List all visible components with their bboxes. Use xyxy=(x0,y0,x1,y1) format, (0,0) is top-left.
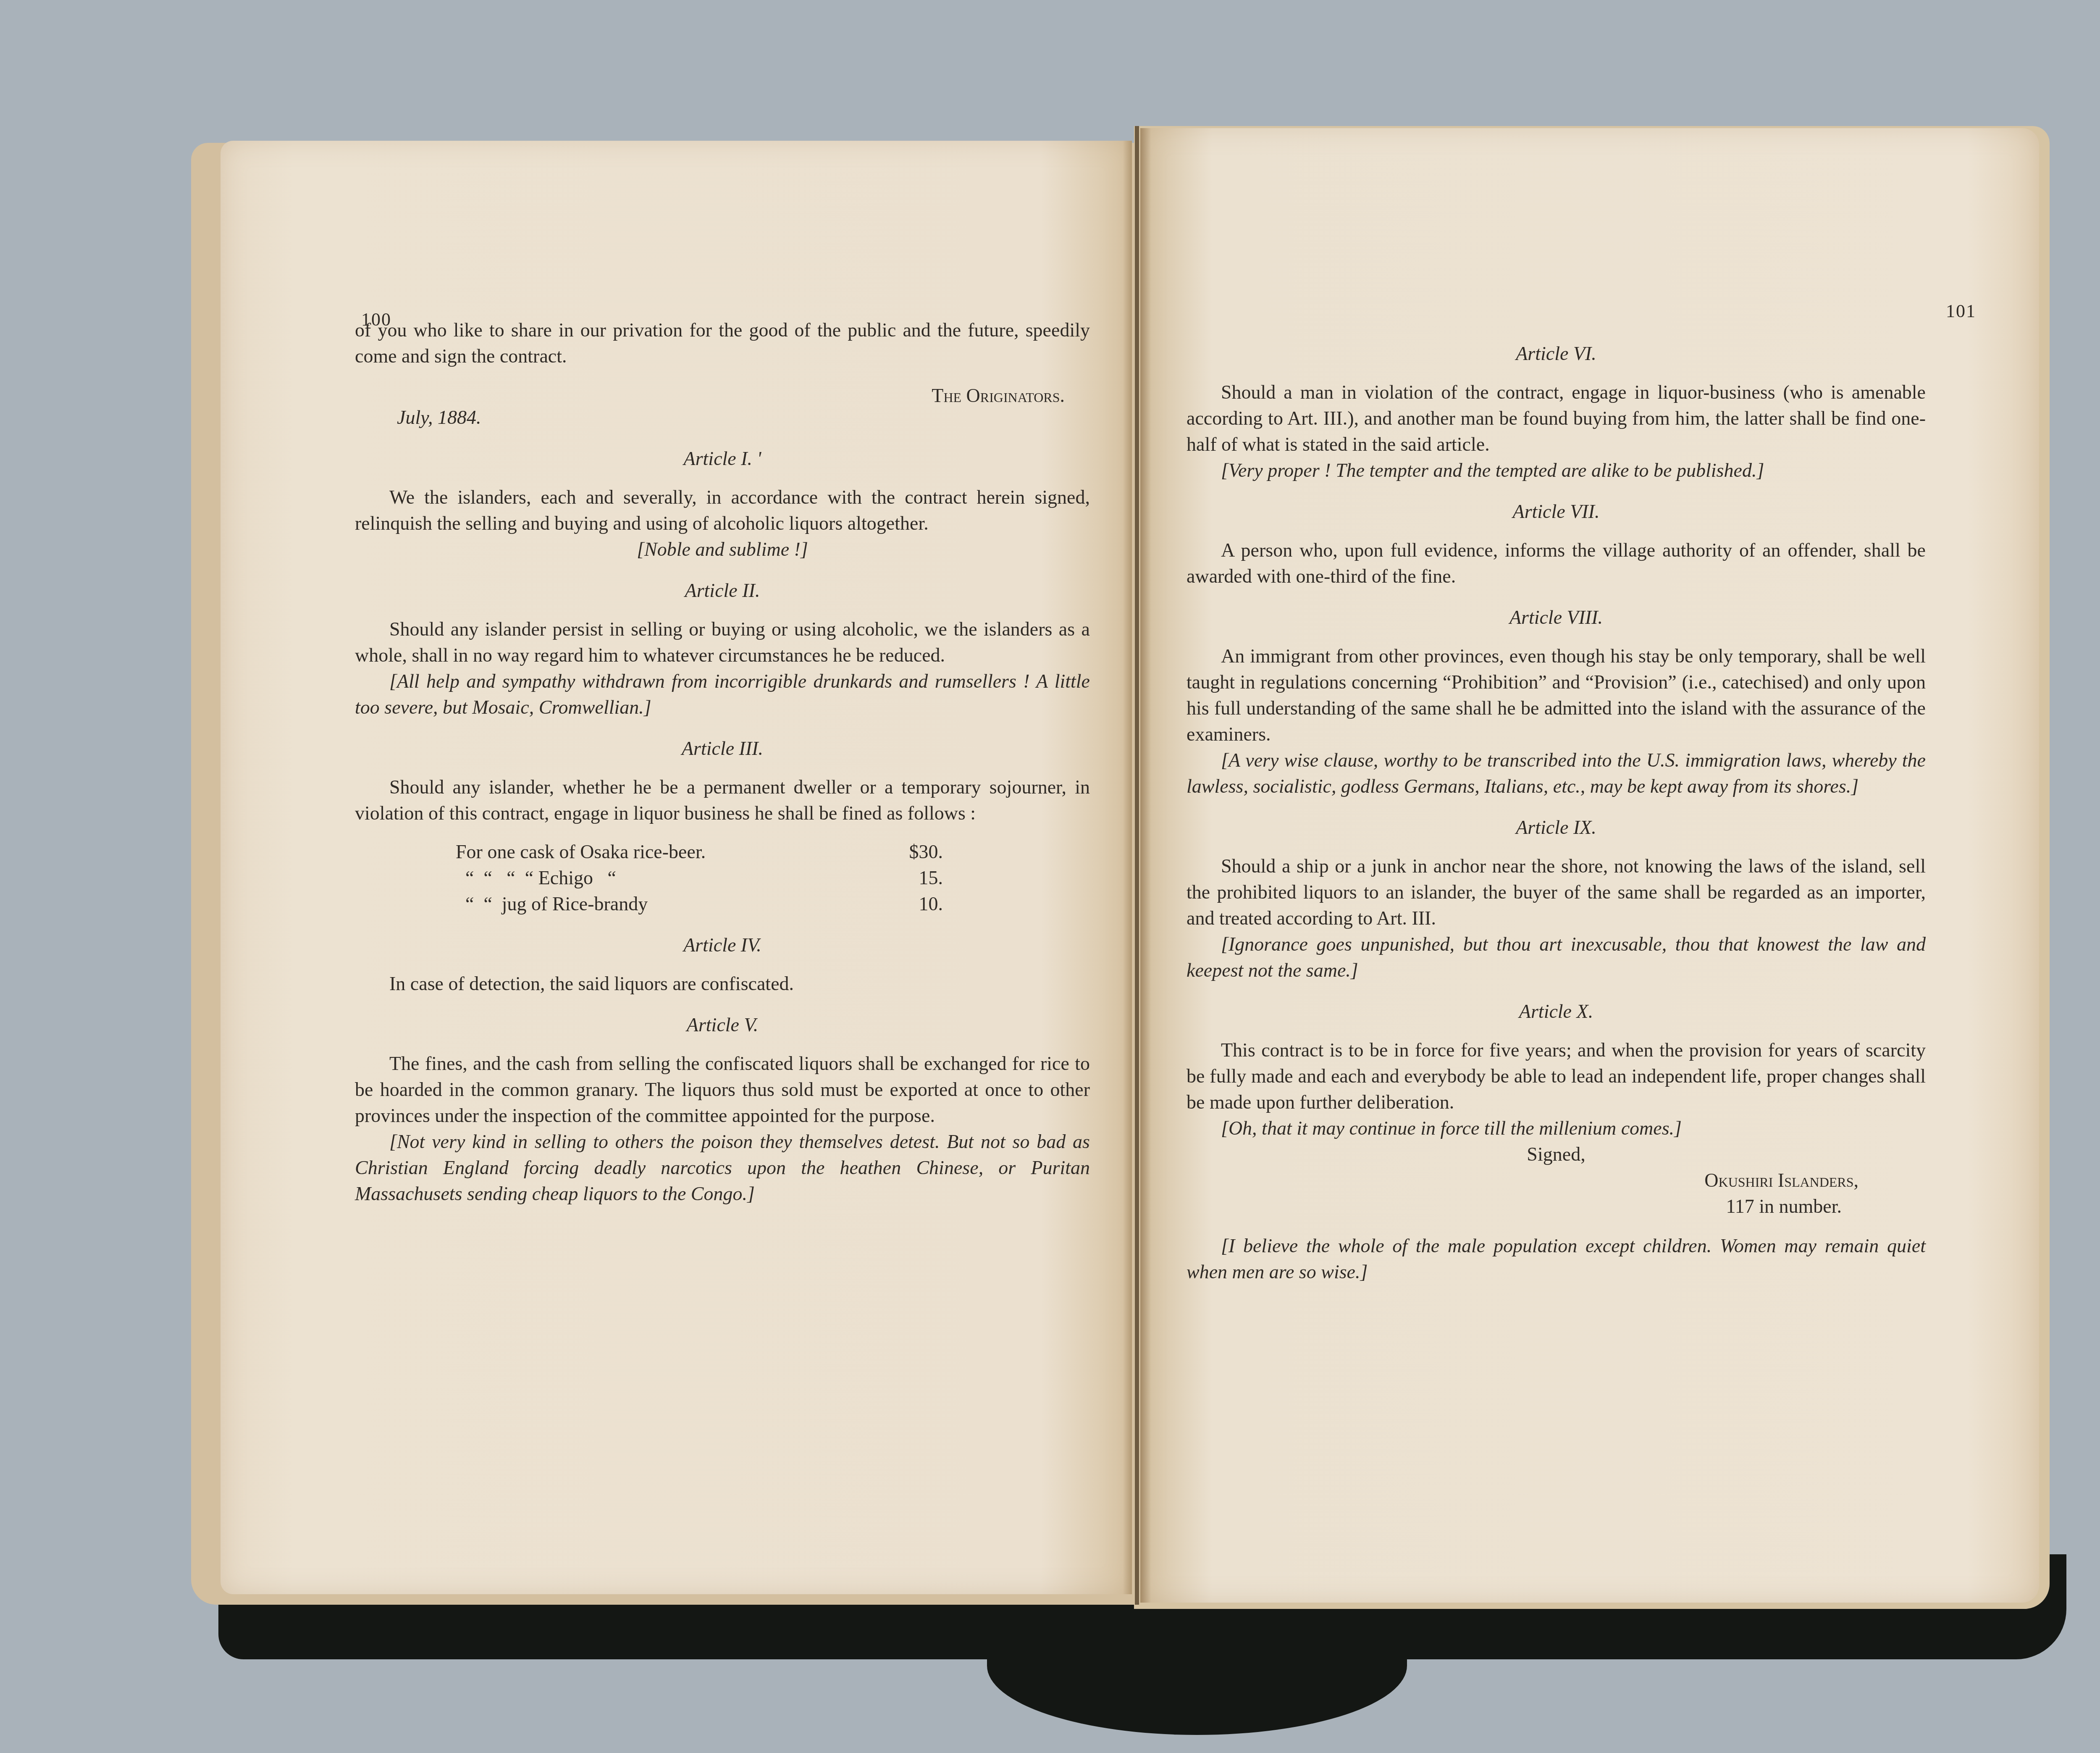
fine-amount: $30. xyxy=(909,839,943,865)
article-body: An immigrant from other provinces, even … xyxy=(1186,643,1926,747)
fine-amount: 15. xyxy=(919,865,943,891)
article-body: Should any islander persist in selling o… xyxy=(355,616,1090,668)
article-body: This contract is to be in force for five… xyxy=(1186,1037,1926,1115)
article-body: We the islanders, each and severally, in… xyxy=(355,484,1090,536)
fine-item: “ “ jug of Rice-brandy xyxy=(456,891,648,917)
right-page: 101 Article VI. Should a man in violatio… xyxy=(1140,128,2039,1603)
page-number: 101 xyxy=(1946,300,1976,322)
fine-row: “ “ jug of Rice-brandy 10. xyxy=(456,891,943,917)
article-body: Should a man in violation of the contrac… xyxy=(1186,379,1926,457)
signatory: Okushiri Islanders, xyxy=(1186,1167,1926,1193)
article-heading: Article VIII. xyxy=(1186,604,1926,631)
editorial-note: [A very wise clause, worthy to be transc… xyxy=(1186,747,1926,799)
article-heading: Article X. xyxy=(1186,999,1926,1025)
signed-label: Signed, xyxy=(1186,1141,1926,1167)
editorial-note: [Very proper ! The tempter and the tempt… xyxy=(1186,457,1926,484)
editorial-note: [I believe the whole of the male populat… xyxy=(1186,1233,1926,1285)
article-body: A person who, upon full evidence, inform… xyxy=(1186,537,1926,589)
fine-item: “ “ “ “ Echigo “ xyxy=(456,865,616,891)
article-heading: Article IV. xyxy=(355,932,1090,958)
article-heading: Article VII. xyxy=(1186,499,1926,525)
article-heading: Article IX. xyxy=(1186,815,1926,841)
article-body: The fines, and the cash from selling the… xyxy=(355,1051,1090,1129)
editorial-note: [Not very kind in selling to others the … xyxy=(355,1129,1090,1207)
left-page: 100 of you who like to share in our priv… xyxy=(220,141,1132,1594)
editorial-note: [Oh, that it may continue in force till … xyxy=(1186,1115,1926,1141)
book-shadow-drip xyxy=(987,1596,1407,1735)
article-heading: Article VI. xyxy=(1186,341,1926,367)
fine-item: For one cask of Osaka rice-beer. xyxy=(456,839,706,865)
fine-row: For one cask of Osaka rice-beer. $30. xyxy=(456,839,943,865)
signatory-count: 117 in number. xyxy=(1186,1193,1926,1219)
article-heading: Article V. xyxy=(355,1012,1090,1038)
article-body: Should any islander, whether he be a per… xyxy=(355,774,1090,826)
article-heading: Article III. xyxy=(355,736,1090,762)
editorial-note: [Noble and sublime !] xyxy=(355,536,1090,562)
fine-row: “ “ “ “ Echigo “ 15. xyxy=(456,865,943,891)
article-body: In case of detection, the said liquors a… xyxy=(355,971,1090,997)
article-heading: Article I. ' xyxy=(355,446,1090,472)
opening-paragraph: of you who like to share in our privatio… xyxy=(355,317,1090,369)
fine-amount: 10. xyxy=(919,891,943,917)
editorial-note: [Ignorance goes unpunished, but thou art… xyxy=(1186,931,1926,983)
left-page-text: of you who like to share in our privatio… xyxy=(355,317,1090,1207)
book-gutter xyxy=(1135,126,1139,1605)
fines-table: For one cask of Osaka rice-beer. $30. “ … xyxy=(456,839,943,917)
right-page-text: Article VI. Should a man in violation of… xyxy=(1186,326,1926,1285)
editorial-note: [All help and sympathy withdrawn from in… xyxy=(355,668,1090,720)
article-heading: Article II. xyxy=(355,578,1090,604)
article-body: Should a ship or a junk in anchor near t… xyxy=(1186,853,1926,931)
